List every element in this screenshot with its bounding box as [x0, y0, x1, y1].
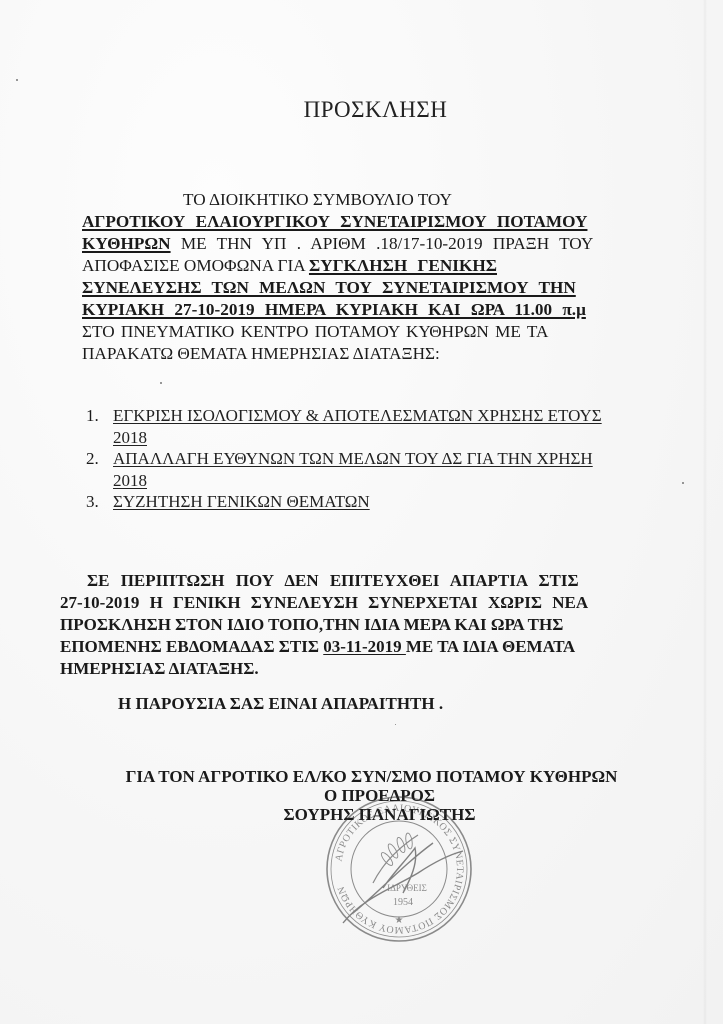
intro-line-8: ΠΑΡΑΚΑΤΩ ΘΕΜΑΤΑ ΗΜΕΡΗΣΙΑΣ ΔΙΑΤΑΞΗΣ: [82, 344, 440, 364]
quorum-line-4-text: ΕΠΟΜΕΝΗΣ ΕΒΔΟΜΑΔΑΣ ΣΤΙΣ [60, 637, 323, 656]
stamp-year: 1954 [393, 897, 413, 908]
quorum-line-4: ΕΠΟΜΕΝΗΣ ΕΒΔΟΜΑΔΑΣ ΣΤΙΣ 03-11-2019 ΜΕ ΤΑ… [60, 637, 575, 657]
scan-edge-shadow [703, 0, 707, 1024]
agenda-list: 1. ΕΓΚΡΙΣΗ ΙΣΟΛΟΓΙΣΜΟΥ & ΑΠΟΤΕΛΕΣΜΑΤΩΝ Χ… [86, 405, 602, 513]
official-stamp-icon: ΑΓΡΟΤΙΚΟΣ ΕΛΑΙΟΥΡΓΙΚΟΣ ΣΥΝΕΤΑΙΡΙΣΜΟΣ ΠΟΤ… [323, 793, 475, 945]
agenda-item-number: 1. [86, 405, 99, 427]
decision-reference: ΜΕ ΤΗΝ ΥΠ . ΑΡΙΘΜ .18/17-10-2019 ΠΡΑΞΗ Τ… [171, 234, 594, 253]
scan-speck [16, 79, 18, 81]
intro-line-5: ΣΥΝΕΛΕΥΣΗΣ ΤΩΝ ΜΕΛΩΝ ΤΟΥ ΣΥΝΕΤΑΙΡΙΣΜΟΥ Τ… [82, 278, 576, 298]
scan-speck [160, 382, 162, 384]
intro-line-3: ΚΥΘΗΡΩΝ ΜΕ ΤΗΝ ΥΠ . ΑΡΙΘΜ .18/17-10-2019… [82, 234, 593, 254]
agenda-item-number: 3. [86, 491, 99, 513]
fallback-date: 03-11-2019 [323, 637, 406, 656]
signature-org: ΓΙΑ ΤΟΝ ΑΓΡΟΤΙΚΟ ΕΛ/ΚΟ ΣΥΝ/ΣΜΟ ΠΟΤΑΜΟΥ Κ… [0, 767, 723, 787]
agenda-item-text: ΣΥΖΗΤΗΣΗ ΓΕΝΙΚΩΝ ΘΕΜΑΤΩΝ [113, 492, 370, 511]
meeting-date-time: ΚΥΡΙΑΚΗ 27-10-2019 ΗΜΕΡΑ ΚΥΡΙΑΚΗ ΚΑΙ ΩΡΑ… [82, 300, 586, 320]
quorum-line-1: ΣΕ ΠΕΡΙΠΤΩΣΗ ΠΟΥ ΔΕΝ ΕΠΙΤΕΥΧΘΕΙ ΑΠΑΡΤΙΑ … [87, 571, 579, 591]
agenda-item-text: ΕΓΚΡΙΣΗ ΙΣΟΛΟΓΙΣΜΟΥ & ΑΠΟΤΕΛΕΣΜΑΤΩΝ ΧΡΗΣ… [113, 406, 602, 425]
quorum-line-5: ΗΜΕΡΗΣΙΑΣ ΔΙΑΤΑΞΗΣ. [60, 659, 259, 679]
scan-speck [682, 482, 684, 484]
intro-line-4-text: ΑΠΟΦΑΣΙΣΕ ΟΜΟΦΩΝΑ ΓΙΑ [82, 256, 309, 275]
stamp-star: ★ [395, 915, 404, 926]
document-title: ΠΡΟΣΚΛΗΣΗ [0, 97, 723, 123]
agenda-item-text: ΑΠΑΛΛΑΓΗ ΕΥΘΥΝΩΝ ΤΩΝ ΜΕΛΩΝ ΤΟΥ ΔΣ ΓΙΑ ΤΗ… [113, 449, 593, 468]
quorum-line-3: ΠΡΟΣΚΛΗΣΗ ΣΤΟΝ ΙΔΙΟ ΤΟΠΟ,ΤΗΝ ΙΔΙΑ ΜΕΡΑ Κ… [60, 615, 563, 635]
agenda-item-year: 2018 [113, 428, 147, 447]
quorum-line-2: 27-10-2019 Η ΓΕΝΙΚΗ ΣΥΝΕΛΕΥΣΗ ΣΥΝΕΡΧΕΤΑΙ… [60, 593, 588, 613]
intro-line-4: ΑΠΟΦΑΣΙΣΕ ΟΜΟΦΩΝΑ ΓΙΑ ΣΥΓΚΛΗΣΗ ΓΕΝΙΚΗΣ [82, 256, 497, 276]
agenda-item: 1. ΕΓΚΡΙΣΗ ΙΣΟΛΟΓΙΣΜΟΥ & ΑΠΟΤΕΛΕΣΜΑΤΩΝ Χ… [86, 405, 602, 448]
meeting-type: ΣΥΓΚΛΗΣΗ ΓΕΝΙΚΗΣ [309, 256, 497, 275]
intro-line-7: ΣΤΟ ΠΝΕΥΜΑΤΙΚΟ ΚΕΝΤΡΟ ΠΟΤΑΜΟΥ ΚΥΘΗΡΩΝ ΜΕ… [82, 322, 548, 342]
intro-line-1: ΤΟ ΔΙΟΙΚΗΤΙΚΟ ΣΥΜΒΟΥΛΙΟ ΤΟΥ [183, 190, 452, 210]
scan-speck [395, 724, 396, 725]
agenda-item: 3. ΣΥΖΗΤΗΣΗ ΓΕΝΙΚΩΝ ΘΕΜΑΤΩΝ [86, 491, 602, 513]
scanned-page: ΠΡΟΣΚΛΗΣΗ ΤΟ ΔΙΟΙΚΗΤΙΚΟ ΣΥΜΒΟΥΛΙΟ ΤΟΥ ΑΓ… [0, 0, 723, 1024]
quorum-line-4-end: ΜΕ ΤΑ ΙΔΙΑ ΘΕΜΑΤΑ [406, 637, 575, 656]
location-name: ΚΥΘΗΡΩΝ [82, 234, 171, 253]
agenda-item-year: 2018 [113, 471, 147, 490]
intro-line-2: ΑΓΡΟΤΙΚΟΥ ΕΛΑΙΟΥΡΓΙΚΟΥ ΣΥΝΕΤΑΙΡΙΣΜΟΥ ΠΟΤ… [82, 212, 587, 232]
agenda-item: 2. ΑΠΑΛΛΑΓΗ ΕΥΘΥΝΩΝ ΤΩΝ ΜΕΛΩΝ ΤΟΥ ΔΣ ΓΙΑ… [86, 448, 602, 491]
attendance-note: Η ΠΑΡΟΥΣΙΑ ΣΑΣ ΕΙΝΑΙ ΑΠΑΡΑΙΤΗΤΗ . [118, 694, 443, 714]
agenda-item-number: 2. [86, 448, 99, 470]
